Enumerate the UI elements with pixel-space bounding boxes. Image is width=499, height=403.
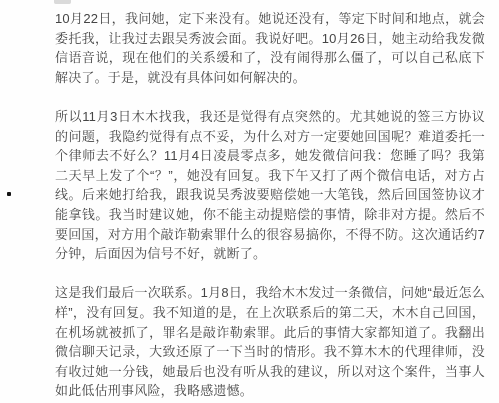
document-page: 10月22日，我问她，定下来没有。她说还没有，等定下时间和地点，就会委托我，让我… xyxy=(0,0,499,403)
text-body: 10月22日，我问她，定下来没有。她说还没有，等定下时间和地点，就会委托我，让我… xyxy=(55,9,485,401)
cropped-text-artifact xyxy=(54,0,71,4)
bullet-dot-artifact xyxy=(7,192,11,196)
paragraph-2: 所以11月3日木木找我，我还是觉得有点突然的。尤其她说的签三方协议的问题，我隐约… xyxy=(55,107,485,264)
paragraph-3: 这是我们最后一次联系。1月8日，我给木木发过一条微信，问她“最近怎么样”，没有回… xyxy=(55,283,485,401)
paragraph-1: 10月22日，我问她，定下来没有。她说还没有，等定下时间和地点，就会委托我，让我… xyxy=(55,9,485,87)
